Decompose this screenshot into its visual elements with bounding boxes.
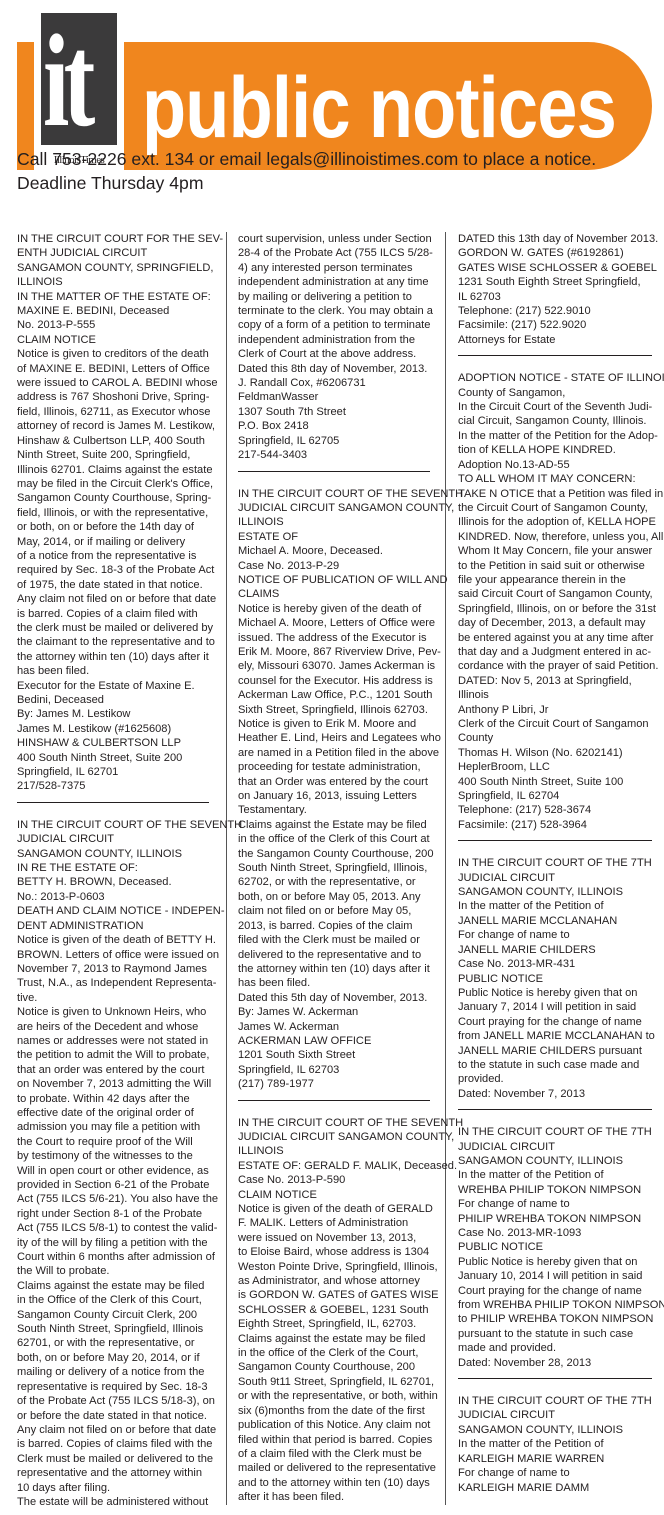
notice: IN THE CIRCUIT COURT OF THE SEVENTHJUDIC… xyxy=(238,487,434,1092)
notice-line: day of December, 2013, a default may xyxy=(458,616,654,630)
notice-line: 1307 South 7th Street xyxy=(238,405,434,419)
notice-line: SANGAMON COUNTY, ILLINOIS xyxy=(17,847,217,861)
notice-line: ely, Missouri 63070. James Ackerman is xyxy=(238,659,434,673)
notice-line: by mailing or delivering a petition to xyxy=(238,290,434,304)
notice-line: BETTY H. BROWN, Deceased. xyxy=(17,875,217,889)
notice-line: Public Notice is hereby given that on xyxy=(458,986,654,1000)
notice-line: court supervision, unless under Section xyxy=(238,232,434,246)
notice-line: DENT ADMINISTRATION xyxy=(17,919,217,933)
notice-line: CLAIM NOTICE xyxy=(17,333,217,347)
notice-line: IN THE MATTER OF THE ESTATE OF: xyxy=(17,290,217,304)
notice-line: By: James M. Lestikow xyxy=(17,707,217,721)
notice-line: November 7, 2013 to Raymond James xyxy=(17,962,217,976)
notice-line: filed with the Clerk must be mailed or xyxy=(238,933,434,947)
notice-line: F. MALIK. Letters of Administration xyxy=(238,1216,434,1230)
notice-line: (217) 789-1977 xyxy=(238,1077,434,1091)
notice-line: January 7, 2014 I will petition in said xyxy=(458,1000,654,1014)
notice-line: Hinshaw & Culbertson LLP, 400 South xyxy=(17,434,217,448)
notice-line: mailing or delivery of a notice from the xyxy=(17,1365,217,1379)
notice-line: JUDICIAL CIRCUIT SANGAMON COUNTY, xyxy=(238,501,434,515)
notice-line: the Court to require proof of the Will xyxy=(17,1135,217,1149)
notice-line: that day and a Judgment entered in ac- xyxy=(458,645,654,659)
notice-line: Illinois xyxy=(458,688,654,702)
notice-line: right under Section 8-1 of the Probate xyxy=(17,1207,217,1221)
notice-line: or before the date stated in that notice… xyxy=(17,1409,217,1423)
notice-line: Case No. 2013-P-590 xyxy=(238,1173,434,1187)
notice-line: Sangamon County Circuit Clerk, 200 xyxy=(17,1308,217,1322)
notice-line: that an order was entered by the court xyxy=(17,1063,217,1077)
notice-line: BROWN. Letters of office were issued on xyxy=(17,948,217,962)
notice-line: For change of name to xyxy=(458,928,654,942)
notice-line: Dated this 8th day of November, 2013. xyxy=(238,362,434,376)
notice-line: and to the attorney within ten (10) days xyxy=(238,1476,434,1490)
notice-line: Erik M. Moore, 867 Riverview Drive, Pev- xyxy=(238,645,434,659)
notice-line: Notice is given of the death of BETTY H. xyxy=(17,933,217,947)
notice-line: JUDICIAL CIRCUIT xyxy=(458,1140,654,1154)
logo-dark-block: it xyxy=(41,13,117,145)
notice-line: May, 2014, or if mailing or delivery xyxy=(17,535,217,549)
notice-line: provided. xyxy=(458,1072,654,1086)
notice-line: copy of a form of a petition to terminat… xyxy=(238,318,434,332)
notice-line: Notice is given to Erik M. Moore and xyxy=(238,717,434,731)
notice-line: KARLEIGH MARIE WARREN xyxy=(458,1452,654,1466)
notice-line: SANGAMON COUNTY, ILLINOIS xyxy=(458,1423,654,1437)
notice-line: JANELL MARIE MCCLANAHAN xyxy=(458,914,654,928)
notice-line: said Circuit Court of Sangamon County, xyxy=(458,587,654,601)
notice-line: the attorney within ten (10) days after … xyxy=(17,650,217,664)
notice-line: James W. Ackerman xyxy=(238,1020,434,1034)
notice-line: Claims against the estate may be filed xyxy=(17,1279,217,1293)
notice-column-1: IN THE CIRCUIT COURT FOR THE SEV-ENTH JU… xyxy=(17,232,217,1509)
notice-line: The estate will be administered without xyxy=(17,1495,217,1509)
notice-line: January 10, 2014 I will petition in said xyxy=(458,1269,654,1283)
notice-line: publication of this Notice. Any claim no… xyxy=(238,1418,434,1432)
notice-line: PHILIP WREHBA TOKON NIMPSON xyxy=(458,1212,654,1226)
notice-line: Executor for the Estate of Maxine E. xyxy=(17,679,217,693)
notice-line: Heather E. Lind, Heirs and Legatees who xyxy=(238,731,434,745)
notice-line: attorney of record is James M. Lestikow, xyxy=(17,419,217,433)
notice-line: independent administration at any time xyxy=(238,275,434,289)
notice-line: address is 767 Shoshoni Drive, Spring- xyxy=(17,390,217,404)
notice-line: issued. The address of the Executor is xyxy=(238,631,434,645)
logo-letters: it xyxy=(43,21,95,151)
notice-line: 400 South Ninth Street, Suite 100 xyxy=(458,775,654,789)
notice-line: Facsimile: (217) 528-3964 xyxy=(458,818,654,832)
notice-line: HINSHAW & CULBERTSON LLP xyxy=(17,736,217,750)
notice-line: Ninth Street, Suite 200, Springfield, xyxy=(17,448,217,462)
notice-line: Case No. 2013-P-29 xyxy=(238,559,434,573)
notice-line: JUDICIAL CIRCUIT SANGAMON COUNTY, xyxy=(238,1130,434,1144)
notice-line: PUBLIC NOTICE xyxy=(458,1240,654,1254)
notice-line: Springfield, IL 62705 xyxy=(238,434,434,448)
notice-column-3: DATED this 13th day of November 2013.GOR… xyxy=(458,232,654,1495)
notice-line: required by Sec. 18-3 of the Probate Act xyxy=(17,563,217,577)
notice-line: Will in open court or other evidence, as xyxy=(17,1164,217,1178)
notice-line: 400 South Ninth Street, Suite 200 xyxy=(17,751,217,765)
notice-line: Dated: November 28, 2013 xyxy=(458,1356,654,1370)
notice-line: to the Petition in said suit or otherwis… xyxy=(458,559,654,573)
notice-line: KARLEIGH MARIE DAMM xyxy=(458,1481,654,1495)
notice-line: ILLINOIS xyxy=(17,275,217,289)
notice: ADOPTION NOTICE - STATE OF ILLINOIS,Coun… xyxy=(458,371,654,832)
notice-line: DATED: Nov 5, 2013 at Springfield, xyxy=(458,674,654,688)
contact-line: Call 753-2226 ext. 134 or email legals@i… xyxy=(17,148,596,171)
notice-line: counsel for the Executor. His address is xyxy=(238,674,434,688)
notice-line: Claims against the estate may be filed xyxy=(238,1332,434,1346)
notice-line: tion of KELLA HOPE KINDRED. xyxy=(458,443,654,457)
notice-line: from JANELL MARIE MCCLANAHAN to xyxy=(458,1029,654,1043)
notice-line: has been filed. xyxy=(17,664,217,678)
notice-line: ILLINOIS xyxy=(238,515,434,529)
notice-line: IN THE CIRCUIT COURT OF THE SEVENTH xyxy=(238,1116,434,1130)
notice-line: Court within 6 months after admission of xyxy=(17,1250,217,1264)
notice: IN THE CIRCUIT COURT OF THE SEVENTHJUDIC… xyxy=(17,818,217,1510)
column-divider-2 xyxy=(445,232,446,1505)
notice-line: in the office of the Clerk of the Court, xyxy=(238,1346,434,1360)
notice-line: made and provided. xyxy=(458,1341,654,1355)
notice-line: Springfield, IL 62701 xyxy=(17,765,217,779)
notice-line: SANGAMON COUNTY, ILLINOIS xyxy=(458,885,654,899)
notice-line: IN THE CIRCUIT COURT OF THE 7TH xyxy=(458,1394,654,1408)
notice-line: Ackerman Law Office, P.C., 1201 South xyxy=(238,688,434,702)
notice-line: James M. Lestikow (#1625608) xyxy=(17,722,217,736)
notice-line: on January 16, 2013, issuing Letters xyxy=(238,789,434,803)
notice-line: the clerk must be mailed or delivered by xyxy=(17,621,217,635)
notice-line: the Will to probate. xyxy=(17,1264,217,1278)
notice-line: Illinois for the adoption of, KELLA HOPE xyxy=(458,515,654,529)
notice-line: Claims against the Estate may be filed xyxy=(238,818,434,832)
notice-line: South 9t11 Street, Springfield, IL 62701… xyxy=(238,1375,434,1389)
notice-line: WREHBA PHILIP TOKON NIMPSON xyxy=(458,1183,654,1197)
notice-line: Case No. 2013-MR-431 xyxy=(458,957,654,971)
notice-line: No.: 2013-P-0603 xyxy=(17,890,217,904)
notice-line: pursuant to the statute in such case xyxy=(458,1327,654,1341)
notice-line: Adoption No.13-AD-55 xyxy=(458,458,654,472)
notice-line: Notice is given to creditors of the deat… xyxy=(17,347,217,361)
notice-line: the Sangamon County Courthouse, 200 xyxy=(238,847,434,861)
notice-line: For change of name to xyxy=(458,1197,654,1211)
notice-line: Any claim not filed on or before that da… xyxy=(17,1423,217,1437)
notice-line: field, Illinois, 62711, as Executor whos… xyxy=(17,405,217,419)
notice-line: Sangamon County Courthouse, 200 xyxy=(238,1360,434,1374)
notice-line: No. 2013-P-555 xyxy=(17,318,217,332)
notice-line: 62702, or with the representative, or xyxy=(238,875,434,889)
notice: DATED this 13th day of November 2013.GOR… xyxy=(458,232,654,347)
notice-line: mailed or delivered to the representativ… xyxy=(238,1461,434,1475)
notice-line: SANGAMON COUNTY, SPRINGFIELD, xyxy=(17,261,217,275)
column-divider-1 xyxy=(226,232,227,1505)
notice: IN THE CIRCUIT COURT OF THE SEVENTHJUDIC… xyxy=(238,1116,434,1505)
notice-separator xyxy=(17,802,209,803)
notice-line: after it has been filed. xyxy=(238,1490,434,1504)
notice-column-2: court supervision, unless under Section2… xyxy=(238,232,434,1505)
notice-separator xyxy=(238,1100,430,1101)
illinois-times-logo: it IllinoisTimes xyxy=(41,13,117,170)
notice-line: P.O. Box 2418 xyxy=(238,419,434,433)
notice-line: cial Circuit, Sangamon County, Illinois. xyxy=(458,414,654,428)
notice-line: KINDRED. Now, therefore, unless you, All xyxy=(458,530,654,544)
notice-line: South Ninth Street, Springfield, Illinoi… xyxy=(17,1322,217,1336)
notice-line: Testamentary. xyxy=(238,803,434,817)
notice-line: names or addresses were not stated in xyxy=(17,1034,217,1048)
notice-line: Springfield, Illinois, on or before the … xyxy=(458,602,654,616)
notice-line: in the office of the Clerk of this Court… xyxy=(238,832,434,846)
notice-line: tive. xyxy=(17,991,217,1005)
notice-line: Bedini, Deceased xyxy=(17,693,217,707)
notice-line: IN RE THE ESTATE OF: xyxy=(17,861,217,875)
notice-line: Michael A. Moore, Deceased. xyxy=(238,544,434,558)
masthead: it IllinoisTimes public notices Call 753… xyxy=(0,0,664,180)
notice-line: Anthony P Libri, Jr xyxy=(458,703,654,717)
notice-line: ACKERMAN LAW OFFICE xyxy=(238,1034,434,1048)
notice-line: representative is required by Sec. 18-3 xyxy=(17,1380,217,1394)
notice-line: of a claim filed with the Clerk must be xyxy=(238,1447,434,1461)
notice-line: 62701, or with the representative, or xyxy=(17,1336,217,1350)
notice-line: By: James W. Ackerman xyxy=(238,1005,434,1019)
notice: court supervision, unless under Section2… xyxy=(238,232,434,463)
notice-line: the Circuit Court of Sangamon County, xyxy=(458,501,654,515)
notice-line: file your appearance therein in the xyxy=(458,573,654,587)
notice-line: Facsimile: (217) 522.9020 xyxy=(458,318,654,332)
notice-line: Clerk of Court at the above address. xyxy=(238,347,434,361)
notice-line: In the matter of the Petition of xyxy=(458,899,654,913)
notice-line: IN THE CIRCUIT COURT OF THE SEVENTH xyxy=(238,487,434,501)
notice-line: Court praying for the change of name xyxy=(458,1284,654,1298)
notice-line: Telephone: (217) 522.9010 xyxy=(458,304,654,318)
notice-line: provided in Section 6-21 of the Probate xyxy=(17,1178,217,1192)
notice-line: or both, on or before the 14th day of xyxy=(17,520,217,534)
notice-line: Whom It May Concern, file your answer xyxy=(458,544,654,558)
notice-line: ity of the will by filing a petition wit… xyxy=(17,1236,217,1250)
notice-line: field, Illinois, or with the representat… xyxy=(17,506,217,520)
notice-line: effective date of the original order of xyxy=(17,1106,217,1120)
notice-line: IN THE CIRCUIT COURT OF THE 7TH xyxy=(458,1125,654,1139)
notice-line: TAKE N OTICE that a Petition was filed i… xyxy=(458,487,654,501)
notice-line: DEATH AND CLAIM NOTICE - INDEPEN- xyxy=(17,904,217,918)
notice-line: FeldmanWasser xyxy=(238,390,434,404)
notice-line: of the Probate Act (755 ILCS 5/18-3), on xyxy=(17,1394,217,1408)
notice-separator xyxy=(458,840,652,841)
notice-line: Weston Pointe Drive, Springfield, Illino… xyxy=(238,1260,434,1274)
notice-line: County xyxy=(458,731,654,745)
notice: IN THE CIRCUIT COURT OF THE 7THJUDICIAL … xyxy=(458,1125,654,1370)
notice-line: is barred. Copies of claims filed with t… xyxy=(17,1437,217,1451)
notice-line: IN THE CIRCUIT COURT FOR THE SEV- xyxy=(17,232,217,246)
notice-line: is GORDON W. GATES of GATES WISE xyxy=(238,1288,434,1302)
notice-line: In the matter of the Petition of xyxy=(458,1168,654,1182)
notice-line: CLAIMS xyxy=(238,587,434,601)
notice-line: were issued on November 13, 2013, xyxy=(238,1231,434,1245)
notice-line: Notice is hereby given of the death of xyxy=(238,602,434,616)
notice-line: admission you may file a petition with xyxy=(17,1120,217,1134)
notice-line: has been filed. xyxy=(238,976,434,990)
notice-line: from WREHBA PHILIP TOKON NIMPSON xyxy=(458,1298,654,1312)
notice-line: Case No. 2013-MR-1093 xyxy=(458,1226,654,1240)
notice-line: as Administrator, and whose attorney xyxy=(238,1274,434,1288)
notice-line: Sangamon County Courthouse, Spring- xyxy=(17,491,217,505)
notice-line: IN THE CIRCUIT COURT OF THE 7TH xyxy=(458,856,654,870)
notice-line: JUDICIAL CIRCUIT xyxy=(458,871,654,885)
notice-line: Clerk must be mailed or delivered to the xyxy=(17,1452,217,1466)
notice-line: DATED this 13th day of November 2013. xyxy=(458,232,654,246)
notice-line: JANELL MARIE CHILDERS xyxy=(458,943,654,957)
notice-line: of MAXINE E. BEDINI, Letters of Office xyxy=(17,362,217,376)
notice-line: ADOPTION NOTICE - STATE OF ILLINOIS, xyxy=(458,371,654,385)
notice-line: filed within that period is barred. Copi… xyxy=(238,1433,434,1447)
notice-line: Trust, N.A., as Independent Representa- xyxy=(17,976,217,990)
notice-line: IN THE CIRCUIT COURT OF THE SEVENTH xyxy=(17,818,217,832)
notice-line: to the statute in such case made and xyxy=(458,1058,654,1072)
notice-line: Act (755 ILCS 5/6-21). You also have the xyxy=(17,1192,217,1206)
notice-line: delivered to the representative and to xyxy=(238,948,434,962)
notice-line: or with the representative, or both, wit… xyxy=(238,1389,434,1403)
notice-line: Michael A. Moore, Letters of Office were xyxy=(238,616,434,630)
notice-line: Eighth Street, Springfield, IL, 62703. xyxy=(238,1317,434,1331)
notice-line: on November 7, 2013 admitting the Will xyxy=(17,1077,217,1091)
notice-line: In the Circuit Court of the Seventh Judi… xyxy=(458,400,654,414)
notice-line: 1231 South Eighth Street Springfield, xyxy=(458,275,654,289)
notice-line: ESTATE OF xyxy=(238,530,434,544)
notice-separator xyxy=(458,355,652,356)
notice-line: that an Order was entered by the court xyxy=(238,775,434,789)
notice-line: is barred. Copies of a claim filed with xyxy=(17,607,217,621)
notice-line: Any claim not filed on or before that da… xyxy=(17,592,217,606)
notice-line: ENTH JUDICIAL CIRCUIT xyxy=(17,246,217,260)
notice-line: the claimant to the representative and t… xyxy=(17,635,217,649)
notice-line: 10 days after filing. xyxy=(17,1481,217,1495)
notice-line: 2013, is barred. Copies of the claim xyxy=(238,919,434,933)
notice-line: JUDICIAL CIRCUIT xyxy=(458,1408,654,1422)
notice-line: South Ninth Street, Springfield, Illinoi… xyxy=(238,861,434,875)
page-title: public notices xyxy=(142,58,616,158)
notice-line: TO ALL WHOM IT MAY CONCERN: xyxy=(458,472,654,486)
notice-line: Dated this 5th day of November, 2013. xyxy=(238,991,434,1005)
notice-line: County of Sangamon, xyxy=(458,386,654,400)
notice-line: SANGAMON COUNTY, ILLINOIS xyxy=(458,1154,654,1168)
notice-line: Illinois 62701. Claims against the estat… xyxy=(17,463,217,477)
notice-line: the attorney within ten (10) days after … xyxy=(238,962,434,976)
notice-line: by testimony of the witnesses to the xyxy=(17,1149,217,1163)
notice-separator xyxy=(458,1109,652,1110)
notice-line: 217-544-3403 xyxy=(238,448,434,462)
notice-line: SCHLOSSER & GOEBEL, 1231 South xyxy=(238,1303,434,1317)
notice-line: J. Randall Cox, #6206731 xyxy=(238,376,434,390)
notice-line: Sixth Street, Springfield, Illinois 6270… xyxy=(238,703,434,717)
notice-line: IL 62703 xyxy=(458,290,654,304)
notice-line: terminate to the clerk. You may obtain a xyxy=(238,304,434,318)
notice-line: JUDICIAL CIRCUIT xyxy=(17,832,217,846)
notice-line: both, on or before May 20, 2014, or if xyxy=(17,1351,217,1365)
notice: IN THE CIRCUIT COURT OF THE 7THJUDICIAL … xyxy=(458,856,654,1101)
notice-line: HeplerBroom, LLC xyxy=(458,760,654,774)
notice-line: Springfield, IL 62704 xyxy=(458,789,654,803)
notice-line: 4) any interested person terminates xyxy=(238,261,434,275)
notice-line: ILLINOIS xyxy=(238,1144,434,1158)
notice-line: six (6)months from the date of the first xyxy=(238,1404,434,1418)
notice-line: In the matter of the Petition for the Ad… xyxy=(458,429,654,443)
notice-line: proceeding for testate administration, xyxy=(238,760,434,774)
notice-line: be entered against you at any time after xyxy=(458,631,654,645)
notice-line: JANELL MARIE CHILDERS pursuant xyxy=(458,1044,654,1058)
notice-line: Springfield, IL 62703 xyxy=(238,1063,434,1077)
notice: IN THE CIRCUIT COURT FOR THE SEV-ENTH JU… xyxy=(17,232,217,794)
notice-line: to Eloise Baird, whose address is 1304 xyxy=(238,1245,434,1259)
notice-line: Notice is given of the death of GERALD xyxy=(238,1202,434,1216)
notice-line: GATES WISE SCHLOSSER & GOEBEL xyxy=(458,261,654,275)
notice-line: in the Office of the Clerk of this Court… xyxy=(17,1293,217,1307)
notice-line: CLAIM NOTICE xyxy=(238,1188,434,1202)
notice-line: cordance with the prayer of said Petitio… xyxy=(458,659,654,673)
notice-separator xyxy=(238,471,430,472)
notice-line: to probate. Within 42 days after the xyxy=(17,1092,217,1106)
notice-line: 28-4 of the Probate Act (755 ILCS 5/28- xyxy=(238,246,434,260)
notice-line: the petition to admit the Will to probat… xyxy=(17,1048,217,1062)
notice-line: Public Notice is hereby given that on xyxy=(458,1255,654,1269)
notice-line: Thomas H. Wilson (No. 6202141) xyxy=(458,746,654,760)
notice-line: representative and the attorney within xyxy=(17,1466,217,1480)
notice-line: MAXINE E. BEDINI, Deceased xyxy=(17,304,217,318)
notice-line: GORDON W. GATES (#6192861) xyxy=(458,246,654,260)
notice-line: are heirs of the Decedent and whose xyxy=(17,1020,217,1034)
notice-line: Attorneys for Estate xyxy=(458,333,654,347)
notice-line: Notice is given to Unknown Heirs, who xyxy=(17,1005,217,1019)
notice-line: 1201 South Sixth Street xyxy=(238,1048,434,1062)
notice-separator xyxy=(458,1378,652,1379)
notice-line: were issued to CAROL A. BEDINI whose xyxy=(17,376,217,390)
notice-line: Clerk of the Circuit Court of Sangamon xyxy=(458,717,654,731)
notice-line: 217/528-7375 xyxy=(17,779,217,793)
notice-line: NOTICE OF PUBLICATION OF WILL AND xyxy=(238,573,434,587)
notice-line: In the matter of the Petition of xyxy=(458,1437,654,1451)
notice-line: PUBLIC NOTICE xyxy=(458,972,654,986)
notice-line: of a notice from the representative is xyxy=(17,549,217,563)
notice-line: of 1975, the date stated in that notice. xyxy=(17,578,217,592)
notice-line: may be filed in the Circuit Clerk's Offi… xyxy=(17,477,217,491)
notice-line: For change of name to xyxy=(458,1466,654,1480)
notice-line: independent administration from the xyxy=(238,333,434,347)
notice-line: ESTATE OF: GERALD F. MALIK, Deceased. xyxy=(238,1159,434,1173)
notice-line: both, on or before May 05, 2013. Any xyxy=(238,890,434,904)
notice-line: Dated: November 7, 2013 xyxy=(458,1087,654,1101)
notice-line: to PHILIP WREHBA TOKON NIMPSON xyxy=(458,1312,654,1326)
notice-line: Court praying for the change of name xyxy=(458,1015,654,1029)
notice-line: Act (755 ILCS 5/8-1) to contest the vali… xyxy=(17,1221,217,1235)
notice-line: claim not filed on or before May 05, xyxy=(238,904,434,918)
notice: IN THE CIRCUIT COURT OF THE 7THJUDICIAL … xyxy=(458,1394,654,1495)
notice-line: are named in a Petition filed in the abo… xyxy=(238,746,434,760)
notice-line: Telephone: (217) 528-3674 xyxy=(458,803,654,817)
deadline-line: Deadline Thursday 4pm xyxy=(17,172,203,195)
